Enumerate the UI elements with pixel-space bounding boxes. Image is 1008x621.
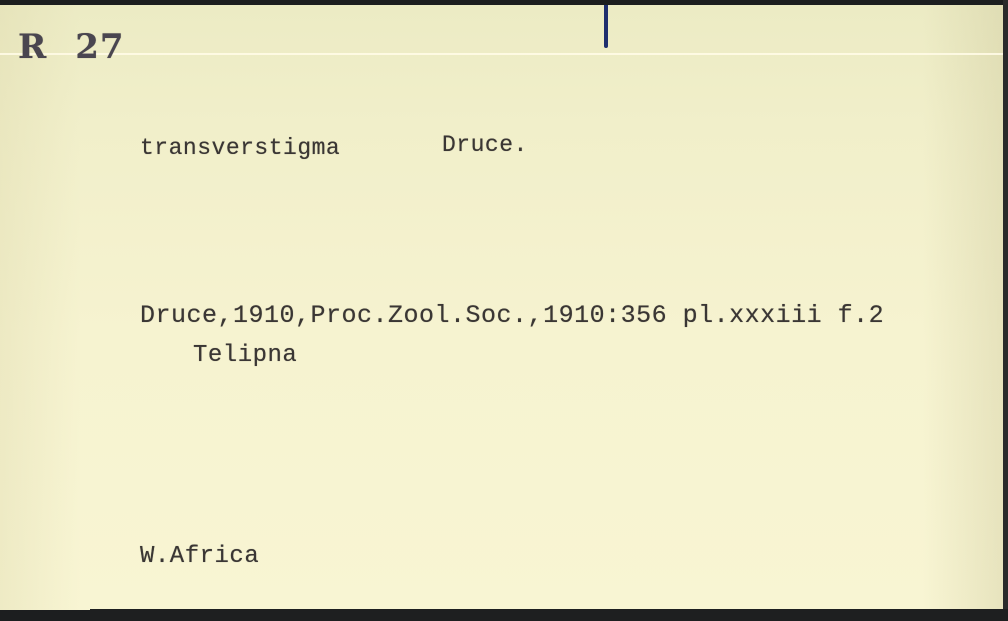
genus-name: Telipna	[193, 342, 297, 369]
scan-border-bottom	[90, 609, 1008, 621]
locality: W.Africa	[140, 543, 259, 570]
scan-border-right	[1003, 0, 1008, 621]
scanned-index-card-image: R27 transverstigma Druce. Druce,1910,Pro…	[0, 0, 1008, 621]
scan-artifact-line	[0, 53, 1003, 55]
species-author: Druce.	[442, 132, 528, 158]
call-number-digits: 27	[75, 27, 124, 67]
call-number-letter: R	[18, 27, 47, 67]
index-card: R27 transverstigma Druce. Druce,1910,Pro…	[0, 5, 1003, 610]
call-number: R27	[18, 27, 125, 67]
blue-tab-mark	[604, 5, 608, 48]
bibliographic-citation: Druce,1910,Proc.Zool.Soc.,1910:356 pl.xx…	[140, 301, 884, 330]
species-name: transverstigma	[140, 135, 340, 161]
